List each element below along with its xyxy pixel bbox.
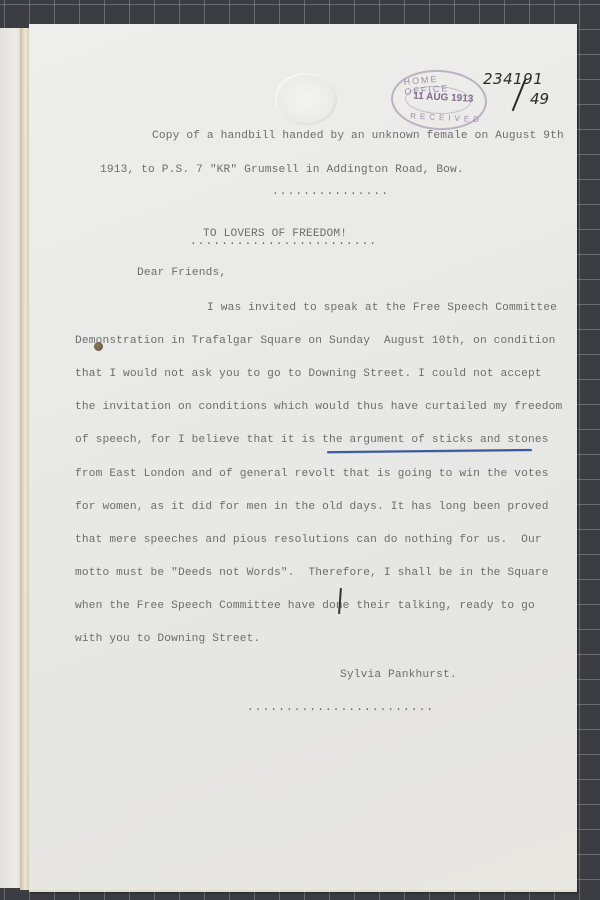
document-page xyxy=(29,24,577,892)
body-line: with you to Downing Street. xyxy=(75,633,260,645)
body-line: that I would not ask you to go to Downin… xyxy=(75,368,542,380)
stamp-bottom-text: RECEIVED xyxy=(410,112,483,125)
signature: Sylvia Pankhurst. xyxy=(340,669,457,681)
punch-hole xyxy=(94,342,103,351)
body-line: for women, as it did for men in the old … xyxy=(75,501,549,513)
embossed-seal-icon xyxy=(275,73,337,125)
reference-number-line1: 234191 xyxy=(483,70,543,88)
body-line: I was invited to speak at the Free Speec… xyxy=(207,302,557,314)
body-line: motto must be "Deeds not Words". Therefo… xyxy=(75,567,549,579)
body-line: Demonstration in Trafalgar Square on Sun… xyxy=(75,335,555,347)
body-line: from East London and of general revolt t… xyxy=(75,468,549,480)
footer-separator: ........................ xyxy=(247,702,434,714)
body-line: when the Free Speech Committee have done… xyxy=(75,600,535,612)
header-line-2: 1913, to P.S. 7 "KR" Grumsell in Addingt… xyxy=(100,164,464,176)
header-line-1: Copy of a handbill handed by an unknown … xyxy=(152,130,564,142)
title-underline-dots: ........................ xyxy=(190,236,377,248)
reference-number-line2: 49 xyxy=(530,90,549,108)
body-line: of speech, for I believe that it is the … xyxy=(75,434,549,446)
salutation: Dear Friends, xyxy=(137,267,226,279)
body-line: the invitation on conditions which would… xyxy=(75,401,562,413)
body-line: that mere speeches and pious resolutions… xyxy=(75,534,542,546)
header-separator: ............... xyxy=(272,186,389,198)
